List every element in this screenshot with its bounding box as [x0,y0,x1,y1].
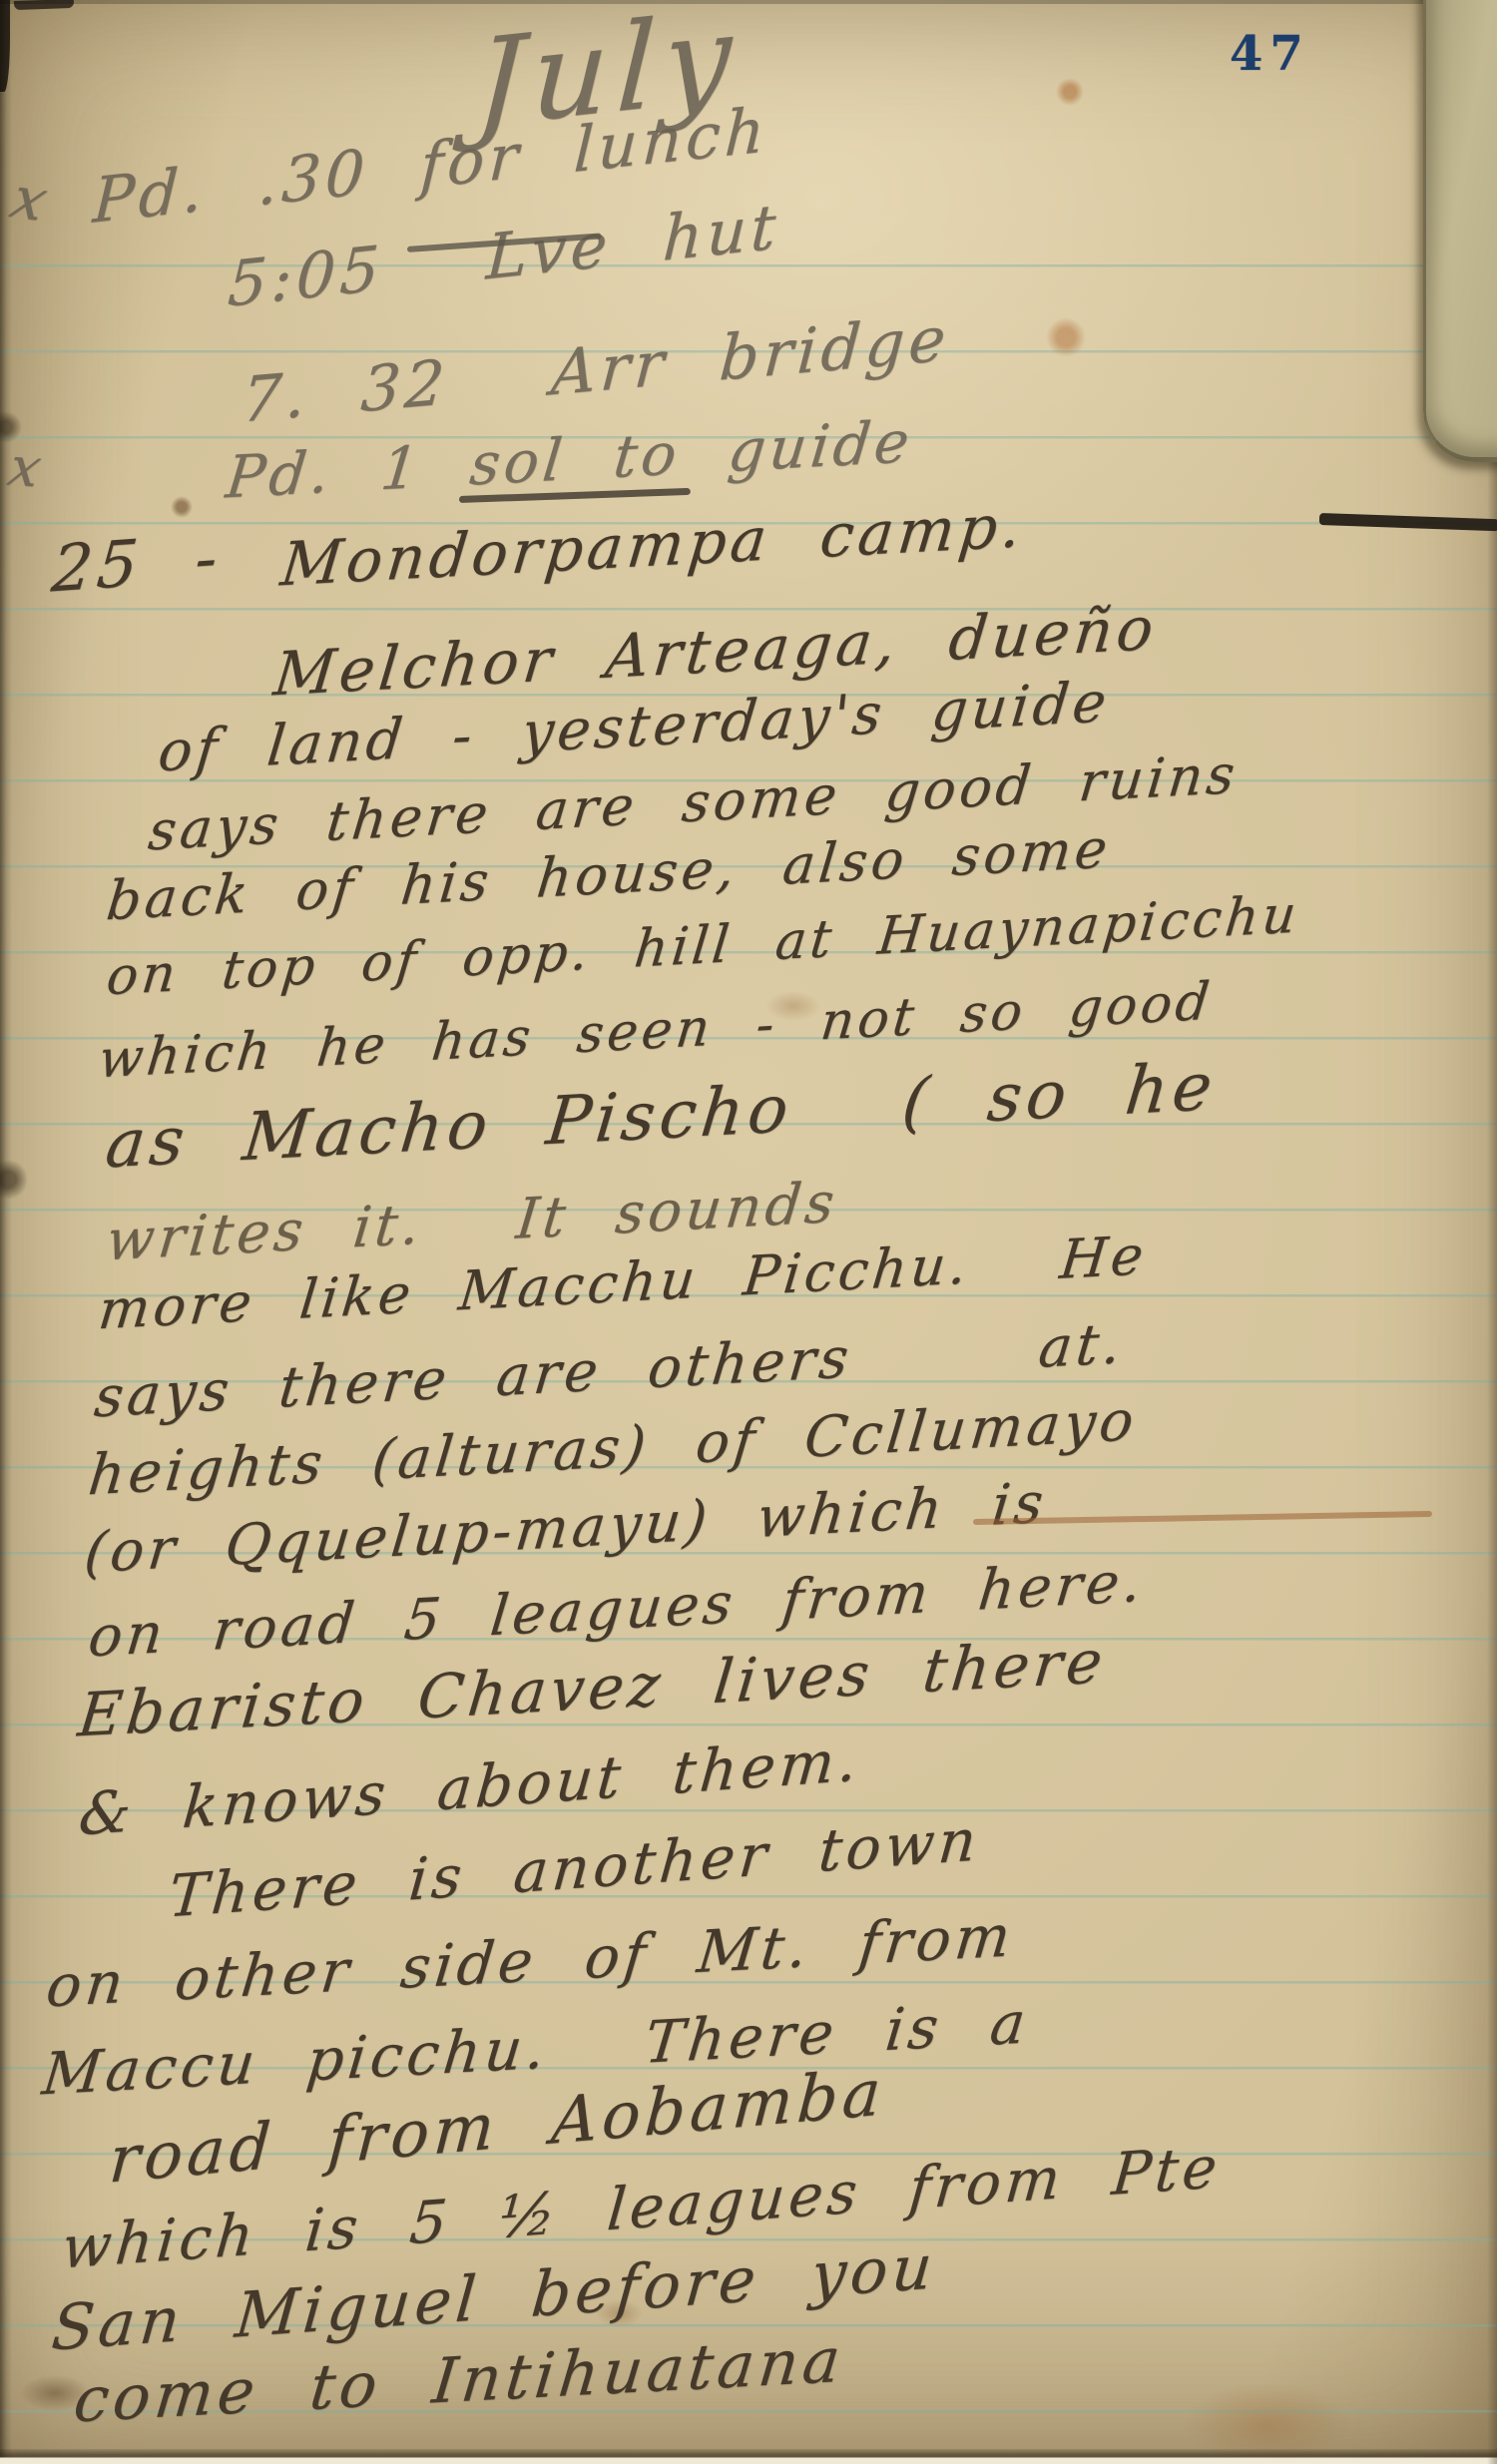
scan-edge-top [0,0,1497,4]
scan-edge-left [0,0,12,2464]
journal-page-scan: 47 JulyxPd. .30 for lunch5:05 Lve hut7. … [0,0,1497,2464]
scan-edge-bottom [0,2449,1497,2464]
scan-edge-right [1487,439,1497,2464]
tucked-page-corner [1423,0,1497,462]
handwritten-line: 25 - [49,525,225,605]
page-number: 47 [1230,26,1310,82]
